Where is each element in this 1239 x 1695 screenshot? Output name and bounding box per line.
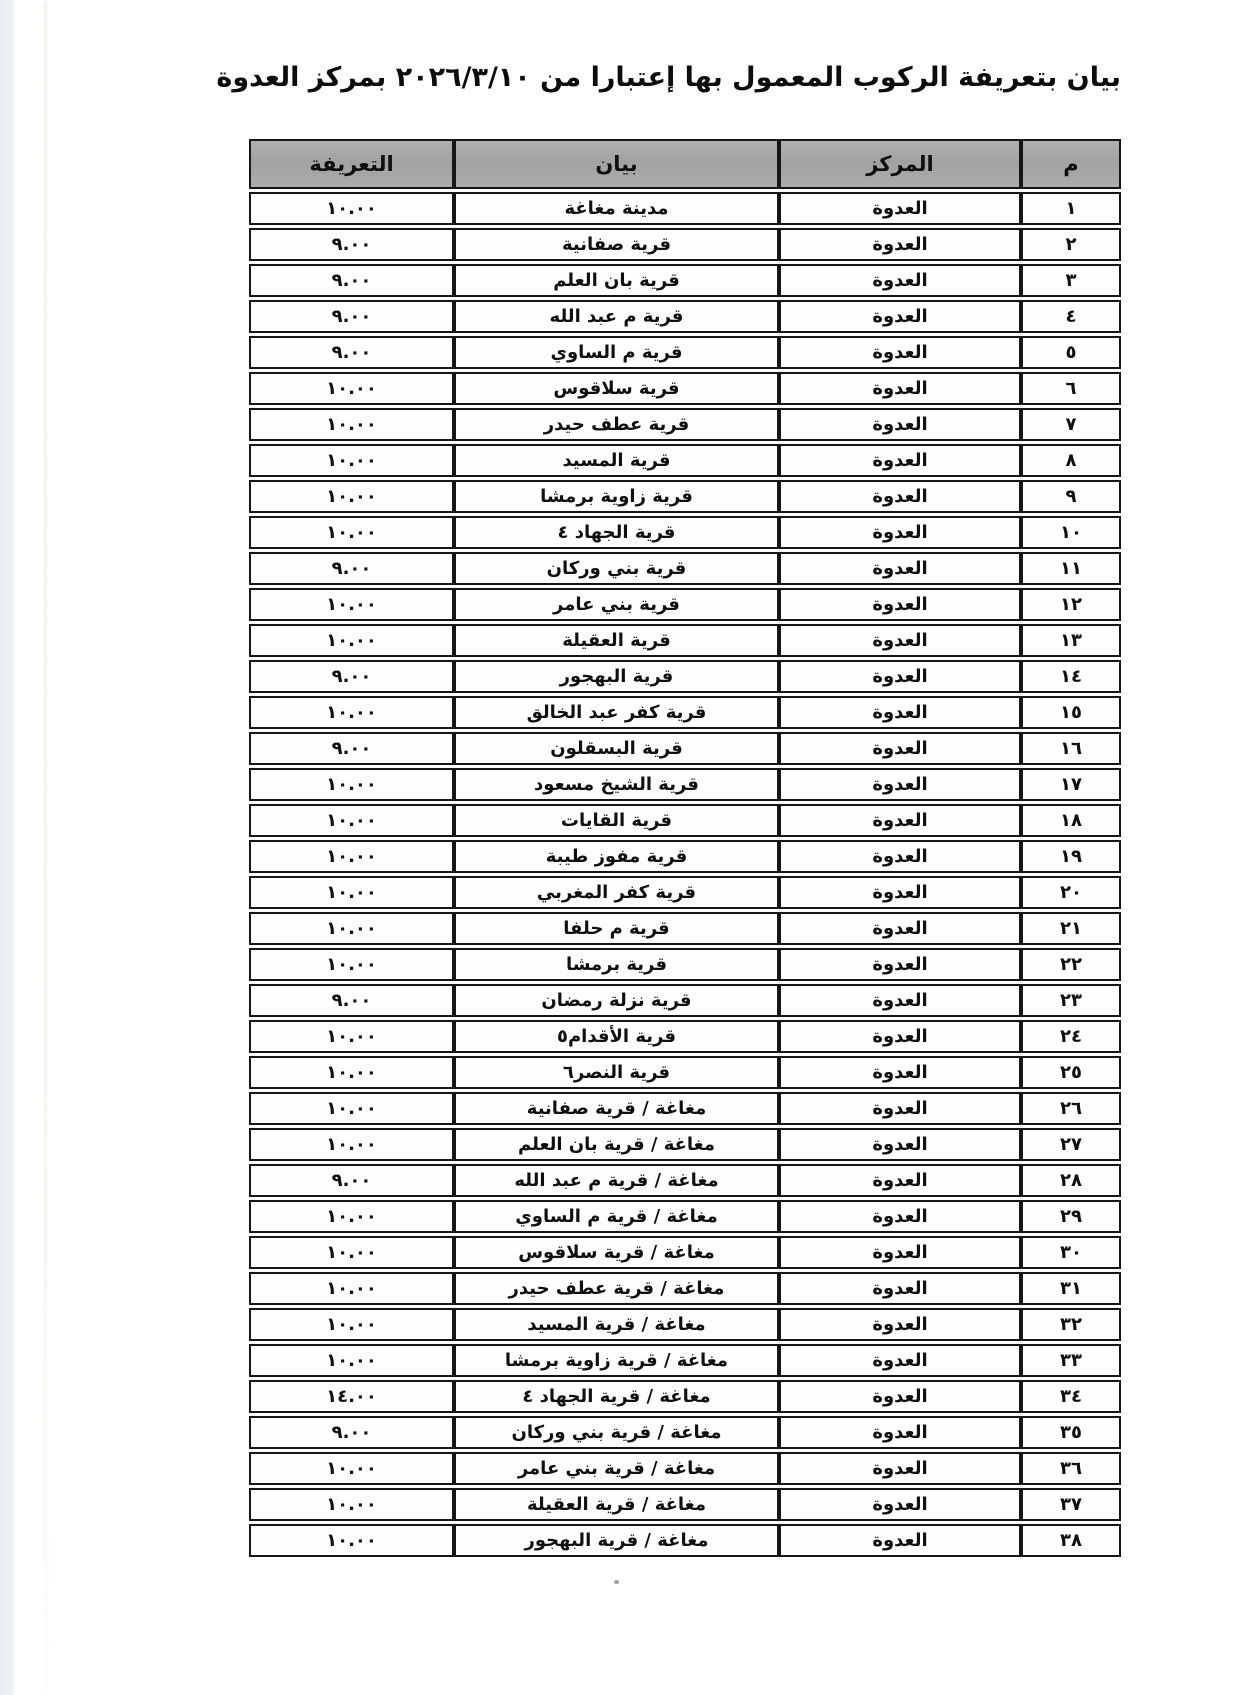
cell-row-number: ٣٢ <box>1021 1308 1121 1341</box>
cell-bayan: مغاغة / قرية البهجور <box>454 1524 779 1557</box>
table-row: ١٠ العدوة قرية الجهاد ٤ ١٠.٠٠ <box>249 516 1121 549</box>
cell-bayan: قرية بني عامر <box>454 588 779 621</box>
cell-tarifa: ١٠.٠٠ <box>249 1020 454 1053</box>
cell-bayan: مغاغة / قرية بني وركان <box>454 1416 779 1449</box>
cell-tarifa: ١٠.٠٠ <box>249 408 454 441</box>
cell-bayan: مغاغة / قرية عطف حيدر <box>454 1272 779 1305</box>
table-row: ١٦ العدوة قرية البسقلون ٩.٠٠ <box>249 732 1121 765</box>
cell-bayan: قرية العقيلة <box>454 624 779 657</box>
cell-bayan: قرية زاوية برمشا <box>454 480 779 513</box>
cell-markaz: العدوة <box>779 1236 1021 1269</box>
cell-tarifa: ١٠.٠٠ <box>249 804 454 837</box>
table-row: ٢٤ العدوة قرية الأقدام٥ ١٠.٠٠ <box>249 1020 1121 1053</box>
cell-bayan: قرية المسيد <box>454 444 779 477</box>
scan-speck-artifact <box>614 1580 619 1584</box>
cell-tarifa: ٩.٠٠ <box>249 984 454 1017</box>
table-row: ٣٦ العدوة مغاغة / قرية بني عامر ١٠.٠٠ <box>249 1452 1121 1485</box>
cell-bayan: قرية مفوز طيبة <box>454 840 779 873</box>
cell-tarifa: ١٠.٠٠ <box>249 1344 454 1377</box>
page-title: بيان بتعريفة الركوب المعمول بها إعتبارا … <box>237 62 1121 93</box>
cell-tarifa: ٩.٠٠ <box>249 264 454 297</box>
cell-bayan: قرية البسقلون <box>454 732 779 765</box>
table-row: ٨ العدوة قرية المسيد ١٠.٠٠ <box>249 444 1121 477</box>
table-row: ٩ العدوة قرية زاوية برمشا ١٠.٠٠ <box>249 480 1121 513</box>
cell-bayan: قرية برمشا <box>454 948 779 981</box>
table-row: ٢٨ العدوة مغاغة / قرية م عبد الله ٩.٠٠ <box>249 1164 1121 1197</box>
cell-row-number: ٥ <box>1021 336 1121 369</box>
cell-bayan: قرية الشيخ مسعود <box>454 768 779 801</box>
cell-markaz: العدوة <box>779 444 1021 477</box>
cell-tarifa: ١٠.٠٠ <box>249 480 454 513</box>
cell-bayan: قرية الأقدام٥ <box>454 1020 779 1053</box>
table-row: ٢٩ العدوة مغاغة / قرية م الساوي ١٠.٠٠ <box>249 1200 1121 1233</box>
table-row: ١ العدوة مدينة مغاغة ١٠.٠٠ <box>249 192 1121 225</box>
cell-bayan: قرية م الساوي <box>454 336 779 369</box>
cell-markaz: العدوة <box>779 1128 1021 1161</box>
cell-tarifa: ١٠.٠٠ <box>249 1524 454 1557</box>
cell-bayan: قرية النصر٦ <box>454 1056 779 1089</box>
cell-markaz: العدوة <box>779 876 1021 909</box>
cell-markaz: العدوة <box>779 768 1021 801</box>
table-row: ٦ العدوة قرية سلاقوس ١٠.٠٠ <box>249 372 1121 405</box>
cell-tarifa: ١٠.٠٠ <box>249 624 454 657</box>
tariff-table: م المركز بيان التعريفة ١ العدوة مدينة مغ… <box>249 136 1121 1560</box>
table-row: ٣٥ العدوة مغاغة / قرية بني وركان ٩.٠٠ <box>249 1416 1121 1449</box>
cell-row-number: ٧ <box>1021 408 1121 441</box>
cell-markaz: العدوة <box>779 588 1021 621</box>
cell-tarifa: ١٠.٠٠ <box>249 1200 454 1233</box>
cell-tarifa: ٩.٠٠ <box>249 1416 454 1449</box>
cell-bayan: مغاغة / قرية المسيد <box>454 1308 779 1341</box>
cell-row-number: ٢٠ <box>1021 876 1121 909</box>
cell-markaz: العدوة <box>779 300 1021 333</box>
cell-row-number: ٢٦ <box>1021 1092 1121 1125</box>
table-row: ١٧ العدوة قرية الشيخ مسعود ١٠.٠٠ <box>249 768 1121 801</box>
table-row: ٣٢ العدوة مغاغة / قرية المسيد ١٠.٠٠ <box>249 1308 1121 1341</box>
table-row: ٢١ العدوة قرية م حلفا ١٠.٠٠ <box>249 912 1121 945</box>
cell-tarifa: ١٠.٠٠ <box>249 768 454 801</box>
cell-bayan: قرية نزلة رمضان <box>454 984 779 1017</box>
cell-tarifa: ١٠.٠٠ <box>249 372 454 405</box>
cell-bayan: مغاغة / قرية العقيلة <box>454 1488 779 1521</box>
table-row: ٣٧ العدوة مغاغة / قرية العقيلة ١٠.٠٠ <box>249 1488 1121 1521</box>
cell-markaz: العدوة <box>779 1488 1021 1521</box>
table-row: ٥ العدوة قرية م الساوي ٩.٠٠ <box>249 336 1121 369</box>
cell-row-number: ١١ <box>1021 552 1121 585</box>
cell-bayan: قرية صفانية <box>454 228 779 261</box>
cell-row-number: ٦ <box>1021 372 1121 405</box>
cell-bayan: قرية القايات <box>454 804 779 837</box>
cell-row-number: ٤ <box>1021 300 1121 333</box>
table-row: ٢٠ العدوة قرية كفر المغربي ١٠.٠٠ <box>249 876 1121 909</box>
cell-markaz: العدوة <box>779 1344 1021 1377</box>
table-row: ٣١ العدوة مغاغة / قرية عطف حيدر ١٠.٠٠ <box>249 1272 1121 1305</box>
cell-tarifa: ١٤.٠٠ <box>249 1380 454 1413</box>
cell-row-number: ١٩ <box>1021 840 1121 873</box>
cell-tarifa: ١٠.٠٠ <box>249 516 454 549</box>
cell-markaz: العدوة <box>779 1200 1021 1233</box>
cell-row-number: ٣ <box>1021 264 1121 297</box>
cell-markaz: العدوة <box>779 732 1021 765</box>
cell-row-number: ٣٣ <box>1021 1344 1121 1377</box>
table-row: ١٣ العدوة قرية العقيلة ١٠.٠٠ <box>249 624 1121 657</box>
cell-tarifa: ١٠.٠٠ <box>249 1092 454 1125</box>
col-header-bayan: بيان <box>454 139 779 189</box>
cell-bayan: مغاغة / قرية بني عامر <box>454 1452 779 1485</box>
table-row: ١٩ العدوة قرية مفوز طيبة ١٠.٠٠ <box>249 840 1121 873</box>
cell-markaz: العدوة <box>779 1524 1021 1557</box>
cell-row-number: ٣٧ <box>1021 1488 1121 1521</box>
cell-tarifa: ١٠.٠٠ <box>249 1308 454 1341</box>
cell-markaz: العدوة <box>779 1416 1021 1449</box>
cell-row-number: ٢٩ <box>1021 1200 1121 1233</box>
cell-row-number: ٣٨ <box>1021 1524 1121 1557</box>
scan-edge-artifact <box>0 0 16 1695</box>
cell-markaz: العدوة <box>779 372 1021 405</box>
table-body: ١ العدوة مدينة مغاغة ١٠.٠٠ ٢ العدوة قرية… <box>249 192 1121 1557</box>
cell-tarifa: ١٠.٠٠ <box>249 1056 454 1089</box>
cell-row-number: ٢٤ <box>1021 1020 1121 1053</box>
table-row: ٢٦ العدوة مغاغة / قرية صفانية ١٠.٠٠ <box>249 1092 1121 1125</box>
cell-bayan: مغاغة / قرية سلاقوس <box>454 1236 779 1269</box>
cell-row-number: ٢٢ <box>1021 948 1121 981</box>
cell-bayan: قرية كفر عبد الخالق <box>454 696 779 729</box>
cell-markaz: العدوة <box>779 1092 1021 1125</box>
cell-bayan: قرية البهجور <box>454 660 779 693</box>
table-row: ٢٧ العدوة مغاغة / قرية بان العلم ١٠.٠٠ <box>249 1128 1121 1161</box>
cell-tarifa: ١٠.٠٠ <box>249 1272 454 1305</box>
table-row: ٢٢ العدوة قرية برمشا ١٠.٠٠ <box>249 948 1121 981</box>
cell-bayan: مغاغة / قرية صفانية <box>454 1092 779 1125</box>
cell-tarifa: ٩.٠٠ <box>249 228 454 261</box>
cell-bayan: قرية كفر المغربي <box>454 876 779 909</box>
cell-markaz: العدوة <box>779 516 1021 549</box>
cell-markaz: العدوة <box>779 1452 1021 1485</box>
cell-tarifa: ١٠.٠٠ <box>249 1452 454 1485</box>
cell-bayan: قرية بني وركان <box>454 552 779 585</box>
cell-row-number: ١٤ <box>1021 660 1121 693</box>
cell-bayan: قرية عطف حيدر <box>454 408 779 441</box>
cell-row-number: ١٠ <box>1021 516 1121 549</box>
cell-row-number: ٢ <box>1021 228 1121 261</box>
cell-markaz: العدوة <box>779 1056 1021 1089</box>
col-header-tarifa: التعريفة <box>249 139 454 189</box>
cell-tarifa: ١٠.٠٠ <box>249 840 454 873</box>
cell-bayan: قرية بان العلم <box>454 264 779 297</box>
cell-row-number: ١٣ <box>1021 624 1121 657</box>
table-row: ١٥ العدوة قرية كفر عبد الخالق ١٠.٠٠ <box>249 696 1121 729</box>
col-header-markaz: المركز <box>779 139 1021 189</box>
cell-row-number: ٨ <box>1021 444 1121 477</box>
table-row: ٣٣ العدوة مغاغة / قرية زاوية برمشا ١٠.٠٠ <box>249 1344 1121 1377</box>
scanned-document-page: بيان بتعريفة الركوب المعمول بها إعتبارا … <box>0 0 1239 1695</box>
cell-row-number: ١٨ <box>1021 804 1121 837</box>
cell-row-number: ٣١ <box>1021 1272 1121 1305</box>
table-row: ٣ العدوة قرية بان العلم ٩.٠٠ <box>249 264 1121 297</box>
cell-markaz: العدوة <box>779 1020 1021 1053</box>
cell-markaz: العدوة <box>779 1380 1021 1413</box>
col-header-no: م <box>1021 139 1121 189</box>
paper-crease-artifact <box>44 0 47 1695</box>
cell-bayan: قرية م حلفا <box>454 912 779 945</box>
cell-tarifa: ٩.٠٠ <box>249 300 454 333</box>
cell-bayan: مغاغة / قرية زاوية برمشا <box>454 1344 779 1377</box>
cell-tarifa: ١٠.٠٠ <box>249 948 454 981</box>
cell-markaz: العدوة <box>779 480 1021 513</box>
cell-markaz: العدوة <box>779 228 1021 261</box>
cell-row-number: ٢١ <box>1021 912 1121 945</box>
cell-row-number: ١٥ <box>1021 696 1121 729</box>
cell-bayan: مدينة مغاغة <box>454 192 779 225</box>
table-row: ١٢ العدوة قرية بني عامر ١٠.٠٠ <box>249 588 1121 621</box>
cell-markaz: العدوة <box>779 984 1021 1017</box>
cell-tarifa: ١٠.٠٠ <box>249 1236 454 1269</box>
cell-row-number: ٣٥ <box>1021 1416 1121 1449</box>
cell-row-number: ١٦ <box>1021 732 1121 765</box>
cell-row-number: ٢٧ <box>1021 1128 1121 1161</box>
cell-tarifa: ١٠.٠٠ <box>249 876 454 909</box>
cell-tarifa: ١٠.٠٠ <box>249 192 454 225</box>
cell-row-number: ٢٨ <box>1021 1164 1121 1197</box>
cell-bayan: مغاغة / قرية بان العلم <box>454 1128 779 1161</box>
cell-bayan: مغاغة / قرية م عبد الله <box>454 1164 779 1197</box>
cell-markaz: العدوة <box>779 336 1021 369</box>
cell-tarifa: ٩.٠٠ <box>249 552 454 585</box>
cell-row-number: ١٧ <box>1021 768 1121 801</box>
cell-tarifa: ٩.٠٠ <box>249 732 454 765</box>
cell-markaz: العدوة <box>779 912 1021 945</box>
cell-markaz: العدوة <box>779 660 1021 693</box>
cell-row-number: ٣٠ <box>1021 1236 1121 1269</box>
cell-row-number: ٩ <box>1021 480 1121 513</box>
cell-tarifa: ٩.٠٠ <box>249 660 454 693</box>
table-row: ١٤ العدوة قرية البهجور ٩.٠٠ <box>249 660 1121 693</box>
cell-tarifa: ١٠.٠٠ <box>249 1128 454 1161</box>
table-row: ٧ العدوة قرية عطف حيدر ١٠.٠٠ <box>249 408 1121 441</box>
cell-markaz: العدوة <box>779 696 1021 729</box>
cell-markaz: العدوة <box>779 552 1021 585</box>
table-row: ٣٠ العدوة مغاغة / قرية سلاقوس ١٠.٠٠ <box>249 1236 1121 1269</box>
cell-row-number: ٣٤ <box>1021 1380 1121 1413</box>
table-row: ٢٥ العدوة قرية النصر٦ ١٠.٠٠ <box>249 1056 1121 1089</box>
cell-markaz: العدوة <box>779 192 1021 225</box>
cell-row-number: ٣٦ <box>1021 1452 1121 1485</box>
cell-markaz: العدوة <box>779 1164 1021 1197</box>
cell-markaz: العدوة <box>779 840 1021 873</box>
cell-bayan: قرية م عبد الله <box>454 300 779 333</box>
cell-markaz: العدوة <box>779 624 1021 657</box>
table-row: ٢٣ العدوة قرية نزلة رمضان ٩.٠٠ <box>249 984 1121 1017</box>
table-row: ١٨ العدوة قرية القايات ١٠.٠٠ <box>249 804 1121 837</box>
cell-tarifa: ١٠.٠٠ <box>249 696 454 729</box>
cell-tarifa: ١٠.٠٠ <box>249 912 454 945</box>
cell-row-number: ٢٥ <box>1021 1056 1121 1089</box>
table-row: ٤ العدوة قرية م عبد الله ٩.٠٠ <box>249 300 1121 333</box>
table-row: ٢ العدوة قرية صفانية ٩.٠٠ <box>249 228 1121 261</box>
cell-bayan: مغاغة / قرية م الساوي <box>454 1200 779 1233</box>
cell-markaz: العدوة <box>779 264 1021 297</box>
table-row: ٣٤ العدوة مغاغة / قرية الجهاد ٤ ١٤.٠٠ <box>249 1380 1121 1413</box>
cell-tarifa: ٩.٠٠ <box>249 1164 454 1197</box>
cell-bayan: مغاغة / قرية الجهاد ٤ <box>454 1380 779 1413</box>
cell-markaz: العدوة <box>779 1308 1021 1341</box>
cell-tarifa: ٩.٠٠ <box>249 336 454 369</box>
cell-bayan: قرية الجهاد ٤ <box>454 516 779 549</box>
cell-markaz: العدوة <box>779 408 1021 441</box>
cell-row-number: ١ <box>1021 192 1121 225</box>
cell-tarifa: ١٠.٠٠ <box>249 588 454 621</box>
cell-row-number: ١٢ <box>1021 588 1121 621</box>
table-row: ٣٨ العدوة مغاغة / قرية البهجور ١٠.٠٠ <box>249 1524 1121 1557</box>
cell-bayan: قرية سلاقوس <box>454 372 779 405</box>
cell-tarifa: ١٠.٠٠ <box>249 444 454 477</box>
header-row: م المركز بيان التعريفة <box>249 139 1121 189</box>
cell-markaz: العدوة <box>779 1272 1021 1305</box>
table-row: ١١ العدوة قرية بني وركان ٩.٠٠ <box>249 552 1121 585</box>
cell-row-number: ٢٣ <box>1021 984 1121 1017</box>
table-header: م المركز بيان التعريفة <box>249 139 1121 189</box>
cell-markaz: العدوة <box>779 948 1021 981</box>
cell-tarifa: ١٠.٠٠ <box>249 1488 454 1521</box>
cell-markaz: العدوة <box>779 804 1021 837</box>
